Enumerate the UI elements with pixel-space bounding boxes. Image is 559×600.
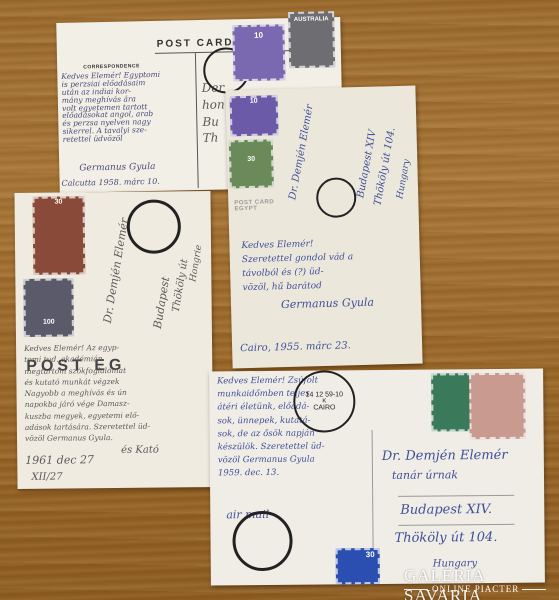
postmark-arabic bbox=[232, 511, 293, 572]
address-line-3: Budapest XIV. bbox=[400, 503, 492, 517]
address-line-1: Dr. Demjén Elemér bbox=[382, 449, 508, 464]
postcard-egypt-1959: Kedves Elemér! Zsúfolt munkaidőmben telj… bbox=[209, 369, 545, 586]
extra-note: és Kató bbox=[121, 446, 159, 457]
address-line-3: Thököly út bbox=[172, 258, 191, 313]
postmark-arabic bbox=[127, 199, 182, 254]
watermark-rule-right bbox=[522, 589, 546, 590]
address-line-4: Hongrie bbox=[189, 244, 204, 282]
stamp-value: 100 bbox=[43, 319, 55, 326]
address-line-1: Dr. Demjén Elemér bbox=[102, 217, 131, 324]
postmark bbox=[316, 177, 357, 218]
stamp-gray-portrait: 100 bbox=[23, 278, 74, 337]
stamp-value: 30 bbox=[366, 550, 375, 559]
postcard-egypt-1961: 30 100 Dr. Demjén Elemér Budapest Thököl… bbox=[14, 191, 213, 489]
message-text: Kedves Elemér! Az egyp- tomi tud. akadém… bbox=[24, 342, 150, 445]
address-line-4: Hungary bbox=[396, 159, 413, 200]
divider-line bbox=[372, 430, 374, 550]
signature: Germanus Gyula bbox=[79, 163, 155, 174]
stamp-blue-brandenburg: 30 bbox=[336, 548, 380, 584]
address-rule-1 bbox=[398, 495, 514, 497]
watermark-rule-left bbox=[404, 589, 428, 590]
stamp-value: 10 bbox=[254, 31, 263, 40]
address-line-2: Budapest bbox=[152, 276, 172, 330]
stamp-brown: 30 bbox=[32, 196, 85, 275]
stamp-green bbox=[431, 373, 474, 431]
postmark-cairo: 14 12 59-10 K CAIRO bbox=[293, 370, 356, 433]
side-label: POST CARD EGYPT bbox=[234, 199, 274, 212]
stamp-australia-gray: AUSTRALIA bbox=[288, 11, 335, 68]
date-line: Cairo, 1955. márc 23. bbox=[240, 341, 351, 354]
message-text: Kedves Elemér! Egyptomi is perzsiai előa… bbox=[61, 71, 161, 144]
postcard-egypt-1955: 10 30 POST CARD EGYPT Dr. Demjén Elemér … bbox=[225, 86, 422, 369]
postmark-city: CAIRO bbox=[313, 404, 335, 411]
watermark-subtitle: ONLINE PIACTER bbox=[432, 584, 519, 594]
address-line-2: tanár úrnak bbox=[392, 469, 458, 481]
signature: Germanus Gyula bbox=[281, 297, 374, 311]
correspondence-label: CORRESPONDENCE bbox=[83, 63, 140, 70]
stamp-purple: 10 bbox=[230, 95, 279, 136]
address-line-4: Thököly út 104. bbox=[394, 531, 497, 546]
watermark-title: GALÉRIA SAVARIA bbox=[404, 566, 559, 600]
message-text: Kedves Elemér! Szeretettel gondol vád a … bbox=[241, 237, 354, 296]
divider-line bbox=[195, 53, 199, 188]
date-line: 1961 dec 27 bbox=[25, 454, 94, 466]
stamp-pink bbox=[469, 373, 526, 439]
address-line-1: Dr. Demjén Elemér bbox=[288, 104, 316, 201]
stamp-value: 30 bbox=[247, 156, 255, 163]
stamp-country: AUSTRALIA bbox=[294, 16, 329, 23]
date-code: XII/27 bbox=[31, 473, 62, 484]
stamp-australia-coat-of-arms: 10 bbox=[232, 24, 285, 81]
address-rule-2 bbox=[398, 524, 514, 526]
stamp-value: 30 bbox=[55, 199, 63, 206]
stamp-value: 10 bbox=[250, 98, 258, 105]
date-line: Calcutta 1958. márc 10. bbox=[62, 178, 160, 188]
stamp-green-red: 30 bbox=[229, 139, 274, 188]
